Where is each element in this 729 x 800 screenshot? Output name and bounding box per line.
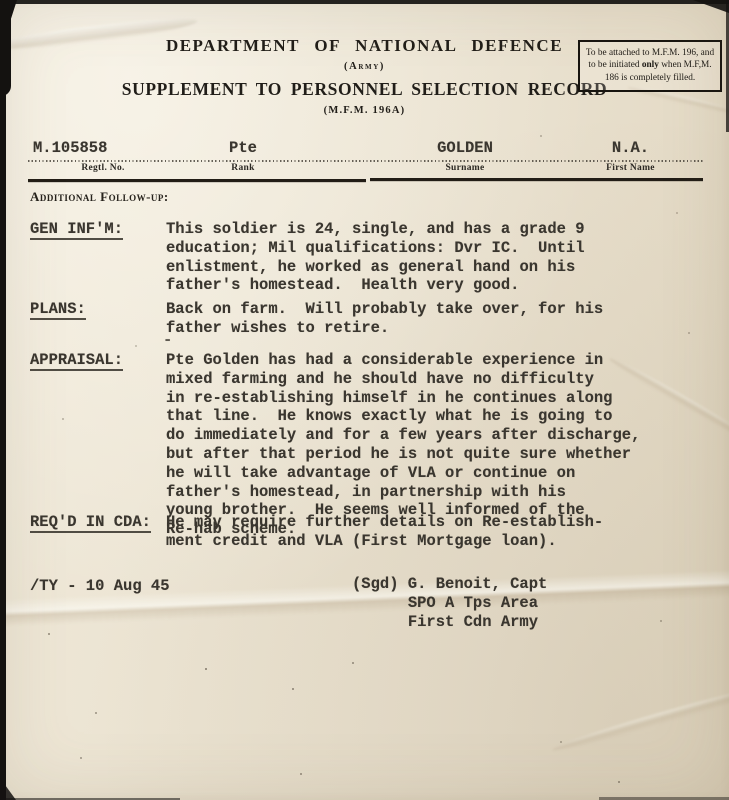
form-number: (M.F.M. 196A) bbox=[0, 105, 729, 116]
regimental-number-value: M.105858 bbox=[28, 140, 178, 157]
horizontal-rule-left bbox=[28, 179, 366, 182]
attachment-instruction-box: To be attached to M.F.M. 196, and to be … bbox=[578, 40, 722, 92]
field-regimental-number: M.105858 Regtl. No. bbox=[28, 140, 178, 173]
section-appraisal-label-text: APPRAISAL: bbox=[30, 351, 123, 371]
regimental-number-label: Regtl. No. bbox=[28, 163, 178, 173]
horizontal-rule-right bbox=[370, 178, 703, 181]
paper-crease-bottom-right bbox=[551, 681, 729, 756]
section-plans-text: Back on farm. Will probably take over, f… bbox=[166, 300, 671, 338]
section-gen-infm-text: This soldier is 24, single, and has a gr… bbox=[166, 220, 671, 295]
section-appraisal-text: Pte Golden has had a considerable experi… bbox=[166, 351, 671, 539]
scan-edge-top bbox=[0, 0, 729, 4]
field-rank: Pte Rank bbox=[178, 140, 308, 173]
first-name-value: N.A. bbox=[578, 140, 683, 157]
rank-value: Pte bbox=[178, 140, 308, 157]
section-plans-label: PLANS: bbox=[30, 300, 86, 319]
field-first-name: N.A. First Name bbox=[598, 140, 703, 173]
typist-date-line: /TY - 10 Aug 45 bbox=[30, 577, 170, 596]
field-surname: GOLDEN Surname bbox=[308, 140, 598, 173]
rank-label: Rank bbox=[178, 163, 308, 173]
surname-label: Surname bbox=[320, 163, 610, 173]
scan-edge-left bbox=[0, 0, 6, 800]
scanned-document-page: DEPARTMENT OF NATIONAL DEFENCE (Army) SU… bbox=[0, 0, 729, 800]
signature-block: (Sgd) G. Benoit, Capt SPO A Tps Area Fir… bbox=[352, 575, 547, 631]
fill-in-dotted-line bbox=[28, 160, 703, 162]
additional-followup-heading: Additional Follow-up: bbox=[30, 189, 169, 205]
section-gen-infm-label-text: GEN INF'M: bbox=[30, 220, 123, 240]
identity-row: M.105858 Regtl. No. Pte Rank GOLDEN Surn… bbox=[28, 140, 703, 173]
stray-typed-dash: - bbox=[163, 331, 172, 350]
section-plans-label-text: PLANS: bbox=[30, 300, 86, 320]
section-reqd-in-cda-label: REQ'D IN CDA: bbox=[30, 513, 151, 532]
section-appraisal-label: APPRAISAL: bbox=[30, 351, 123, 370]
section-reqd-in-cda-text: He may require further details on Re-est… bbox=[166, 513, 671, 551]
attachment-note-emphasis: only bbox=[642, 60, 659, 70]
section-reqd-in-cda-label-text: REQ'D IN CDA: bbox=[30, 513, 151, 533]
surname-value: GOLDEN bbox=[320, 140, 610, 157]
first-name-label: First Name bbox=[578, 163, 683, 173]
section-gen-infm-label: GEN INF'M: bbox=[30, 220, 123, 239]
paper-sheet: DEPARTMENT OF NATIONAL DEFENCE (Army) SU… bbox=[0, 0, 729, 800]
